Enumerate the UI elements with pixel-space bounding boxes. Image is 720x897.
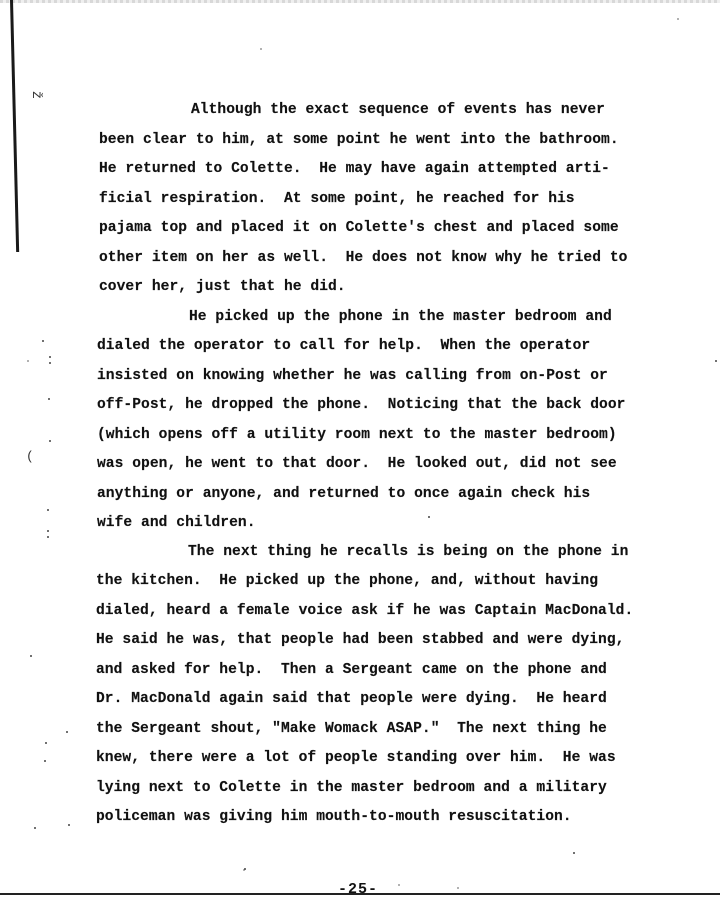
scan-speck (27, 360, 29, 362)
text-line: anything or anyone, and returned to once… (97, 484, 657, 514)
text-line: dialed, heard a female voice ask if he w… (96, 601, 656, 631)
text-line: the kitchen. He picked up the phone, and… (96, 571, 656, 601)
scan-speck (45, 742, 47, 744)
text-line: the Sergeant shout, "Make Womack ASAP." … (96, 719, 656, 749)
scan-speck (66, 731, 68, 733)
page-number: -25- (338, 883, 378, 893)
text-line: off-Post, he dropped the phone. Noticing… (97, 395, 657, 425)
scan-speck (30, 655, 32, 657)
scan-speck (49, 362, 51, 364)
text-line: policeman was giving him mouth-to-mouth … (96, 807, 656, 837)
text-line: He returned to Colette. He may have agai… (99, 159, 659, 189)
text-line: lying next to Colette in the master bedr… (96, 778, 656, 808)
text-line: cover her, just that he did. (99, 277, 659, 307)
text-line: wife and children. (97, 513, 657, 543)
text-line: Dr. MacDonald again said that people wer… (96, 689, 656, 719)
text-line: (which opens off a utility room next to … (97, 425, 657, 455)
scan-speck (49, 440, 51, 442)
text-line: He said he was, that people had been sta… (96, 630, 656, 660)
text-line: knew, there were a lot of people standin… (96, 748, 656, 778)
margin-paren-mark: ( (26, 450, 34, 463)
paragraph-kitchen-phone: The next thing he recalls is being on th… (96, 542, 656, 837)
scan-speck (47, 536, 49, 538)
scan-speck (44, 760, 46, 762)
scan-speck (47, 530, 49, 532)
paragraph-phone-master-bedroom: He picked up the phone in the master bed… (97, 307, 657, 543)
scan-bottom-edge (0, 893, 720, 895)
scan-speck (677, 18, 679, 20)
scan-speck (260, 48, 262, 50)
text-line: been clear to him, at some point he went… (99, 130, 659, 160)
scan-speck (715, 360, 717, 362)
margin-handwritten-mark: ž (29, 91, 43, 99)
scan-top-edge (0, 0, 720, 3)
scan-speck (49, 356, 51, 358)
text-line: pajama top and placed it on Colette's ch… (99, 218, 659, 248)
scan-speck (68, 824, 70, 826)
scan-speck (47, 509, 49, 511)
document-body: Although the exact sequence of events ha… (97, 100, 657, 838)
text-line: Although the exact sequence of events ha… (99, 100, 659, 130)
text-line: and asked for help. Then a Sergeant came… (96, 660, 656, 690)
scan-speck (34, 827, 36, 829)
scan-speck (48, 398, 50, 400)
text-line: other item on her as well. He does not k… (99, 248, 659, 278)
paragraph-bathroom: Although the exact sequence of events ha… (99, 100, 659, 307)
text-line: He picked up the phone in the master bed… (97, 307, 657, 337)
scan-speck (244, 868, 246, 870)
left-margin-rule (10, 0, 19, 252)
text-line: The next thing he recalls is being on th… (96, 542, 656, 572)
scan-speck (42, 340, 44, 342)
text-line: insisted on knowing whether he was calli… (97, 366, 657, 396)
scan-speck (573, 852, 575, 854)
text-line: ficial respiration. At some point, he re… (99, 189, 659, 219)
text-line: dialed the operator to call for help. Wh… (97, 336, 657, 366)
text-line: was open, he went to that door. He looke… (97, 454, 657, 484)
scan-speck (398, 884, 400, 886)
scan-speck (457, 887, 459, 889)
